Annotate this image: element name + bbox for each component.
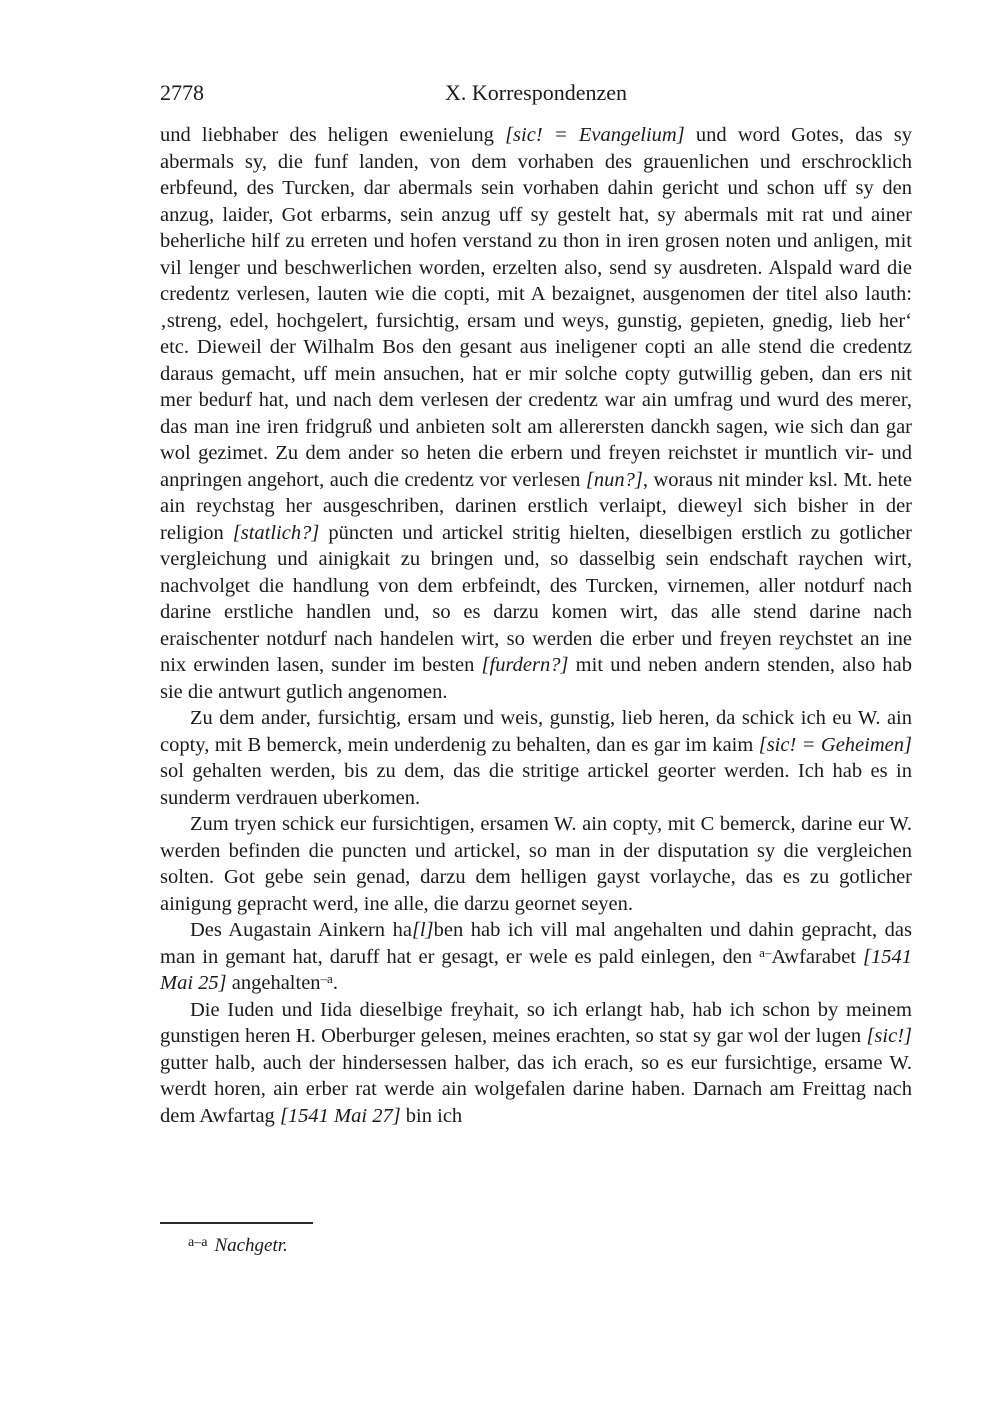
footnote-area: a–aNachgetr. <box>160 1222 912 1258</box>
footnote-text: Nachgetr. <box>214 1235 287 1256</box>
editorial-interpolation: [furdern?] <box>482 654 569 676</box>
text-run: püncten und artickel stritig hielten, di… <box>160 522 912 677</box>
text-run: . <box>333 972 338 994</box>
body-text: und liebhaber des heligen ewenielung [si… <box>160 122 912 1129</box>
text-column: 2778 X. Korrespondenzen und liebhaber de… <box>160 80 912 1129</box>
text-run: Die Iuden und Iida dieselbige freyhait, … <box>160 999 912 1048</box>
book-page: 2778 X. Korrespondenzen und liebhaber de… <box>0 0 1004 1418</box>
paragraph: und liebhaber des heligen ewenielung [si… <box>160 122 912 705</box>
editorial-interpolation: [1541 Mai 27] <box>280 1105 401 1127</box>
editorial-interpolation: [sic! = Geheimen] <box>759 734 912 756</box>
paragraph: Des Augastain Ainkern ha[l]ben hab ich v… <box>160 917 912 997</box>
text-run: Zum tryen schick eur fursichtigen, ersam… <box>160 813 912 915</box>
running-title: X. Korrespondenzen <box>160 80 912 106</box>
note-reference: –a <box>321 971 333 986</box>
text-run: sol gehalten werden, bis zu dem, das die… <box>160 760 912 809</box>
footnote-line: a–aNachgetr. <box>160 1231 912 1258</box>
footnote-marker: a–a <box>188 1235 207 1250</box>
editorial-interpolation: [l] <box>412 919 434 941</box>
editorial-interpolation: [statlich?] <box>233 522 320 544</box>
paragraph: Die Iuden und Iida dieselbige freyhait, … <box>160 997 912 1130</box>
footnote-rule <box>160 1222 313 1224</box>
text-run: und liebhaber des heligen ewenielung <box>160 124 505 146</box>
text-run: Des Augastain Ainkern ha <box>190 919 412 941</box>
editorial-interpolation: [sic! = Evangelium] <box>505 124 685 146</box>
text-run: Awfarabet <box>771 946 863 968</box>
paragraph: Zu dem ander, fursichtig, ersam und weis… <box>160 705 912 811</box>
page-number: 2778 <box>160 80 204 106</box>
text-run: und word Gotes, das sy abermals sy, die … <box>160 124 912 491</box>
paragraph: Zum tryen schick eur fursichtigen, ersam… <box>160 811 912 917</box>
editorial-interpolation: [sic!] <box>866 1025 912 1047</box>
text-run: bin ich <box>401 1105 463 1127</box>
text-run: angehalten <box>227 972 321 994</box>
editorial-interpolation: [nun?] <box>586 469 643 491</box>
note-reference: a– <box>759 945 771 960</box>
page-header: 2778 X. Korrespondenzen <box>160 80 912 106</box>
text-run: gutter halb, auch der hindersessen halbe… <box>160 1052 912 1127</box>
